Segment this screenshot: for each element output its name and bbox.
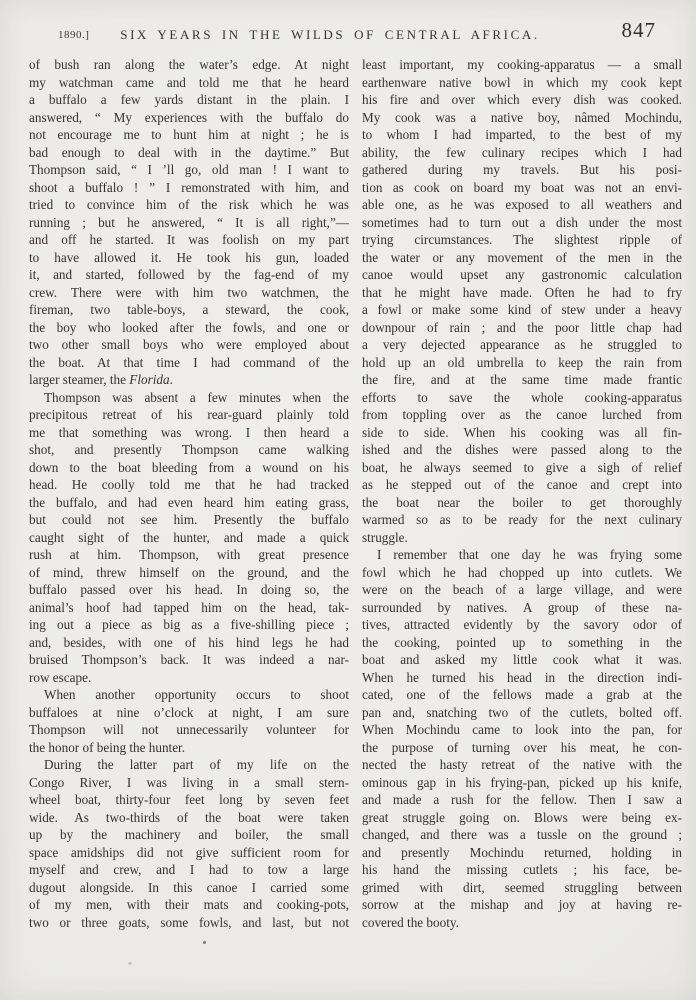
text-line: dugout alongside. In this canoe I carrie… — [29, 879, 349, 897]
text-line: changed, and there was a tussle on the g… — [362, 826, 682, 844]
text-line: sometimes had to turn out a dish under t… — [362, 214, 682, 232]
text-line: sorrow at the mishap and joy at having r… — [362, 896, 682, 914]
text-column-left: of bush ran along the water’s edge. At n… — [29, 56, 349, 931]
text-line: struggle. — [362, 529, 682, 547]
text-line: covered the booty. — [362, 914, 682, 932]
text-line: great struggle going on. Blows were bein… — [362, 809, 682, 827]
text-line: animal’s hoof had tapped him on the head… — [29, 599, 349, 617]
text-line: answered, “ My experiences with the buff… — [29, 109, 349, 127]
text-line: earthenware native bowl in which my cook… — [362, 74, 682, 92]
text-line: Thompson said, “ I ’ll go, old man ! I w… — [29, 161, 349, 179]
text-line: it, and started, followed by the fag-end… — [29, 266, 349, 284]
text-line: tion as cook on board my boat was not an… — [362, 179, 682, 197]
text-line: from toppling over as the canoe lurched … — [362, 406, 682, 424]
paragraph: During the latter part of my life on the… — [29, 756, 349, 931]
paragraph: Thompson was absent a few minutes when t… — [29, 389, 349, 687]
text-line: caught sight of the hunter, and made a q… — [29, 529, 349, 547]
text-line: of bush ran along the water’s edge. At n… — [29, 56, 349, 74]
text-line: gathered during my travels. But his posi… — [362, 161, 682, 179]
text-line: hold up an old umbrella to keep the rain… — [362, 354, 682, 372]
paragraph: of bush ran along the water’s edge. At n… — [29, 56, 349, 389]
ink-speck — [203, 941, 206, 944]
text-line: Thompson will not unnecessarily voluntee… — [29, 721, 349, 739]
text-line: shot, and presently Thompson came walkin… — [29, 441, 349, 459]
text-line: up by the machinery and boiler, the smal… — [29, 826, 349, 844]
text-line: shoot a buffalo ! ” I remonstrated with … — [29, 179, 349, 197]
scanned-book-page: 1890.] SIX YEARS IN THE WILDS OF CENTRAL… — [0, 0, 696, 1000]
text-line: canoe would upset any gastronomic calcul… — [362, 266, 682, 284]
text-line: ished and the dishes were passed along t… — [362, 441, 682, 459]
text-column-right: least important, my cooking-apparatus — … — [362, 56, 682, 931]
text-line: trying circumstances. The slightest ripp… — [362, 231, 682, 249]
text-line: side to side. When his cooking was all f… — [362, 424, 682, 442]
text-line: not encourage me to hunt him at night ; … — [29, 126, 349, 144]
text-line: the fire, and at the same time made fran… — [362, 371, 682, 389]
text-line: efforts to save the whole cooking-appara… — [362, 389, 682, 407]
text-line: wide. As two-thirds of the boat were tak… — [29, 809, 349, 827]
text-line: able one, as he was exposed to all weath… — [362, 196, 682, 214]
text-line: and presently Mochindu returned, holding… — [362, 844, 682, 862]
text-line: nected the hasty retreat of the native w… — [362, 756, 682, 774]
text-line: bruised Thompson’s back. It was indeed a… — [29, 651, 349, 669]
text-line: least important, my cooking-apparatus — … — [362, 56, 682, 74]
text-line: the boat near the boiler to get thorough… — [362, 494, 682, 512]
text-line: fireman, two table-boys, a steward, the … — [29, 301, 349, 319]
text-line: his hand the missing cutlets ; his face,… — [362, 861, 682, 879]
text-line: running ; but he answered, “ It is all r… — [29, 214, 349, 232]
text-line: his fire and over which every dish was c… — [362, 91, 682, 109]
text-line: When another opportunity occurs to shoot — [29, 686, 349, 704]
text-line: the honor of being the hunter. — [29, 739, 349, 757]
text-line: precipitous retreat of his rear-guard pl… — [29, 406, 349, 424]
text-body: of bush ran along the water’s edge. At n… — [29, 56, 682, 931]
text-line: two or three goats, some fowls, and last… — [29, 914, 349, 932]
text-line: wheel boat, thirty-four feet long by sev… — [29, 791, 349, 809]
text-line: bad enough to deal with in the daytime.”… — [29, 144, 349, 162]
text-line: pan and, snatching two of the cutlets, b… — [362, 704, 682, 722]
text-line: two other small boys who were employed a… — [29, 336, 349, 354]
page-number: 847 — [622, 18, 657, 43]
text-line: to have allowed it. He took his gun, loa… — [29, 249, 349, 267]
text-line: My cook was a native boy, nâmed Mochindu… — [362, 109, 682, 127]
text-line: the boat. At that time I had command of … — [29, 354, 349, 372]
text-line: the purpose of turning over his meat, he… — [362, 739, 682, 757]
text-line: space amidships did not give sufficient … — [29, 844, 349, 862]
text-line: as he stepped out of the canoe and crept… — [362, 476, 682, 494]
text-line: to whom I had imparted, to the best of m… — [362, 126, 682, 144]
text-line: were on the beach of a large village, an… — [362, 581, 682, 599]
text-line: buffaloes at nine o’clock at night, I am… — [29, 704, 349, 722]
running-head-title: SIX YEARS IN THE WILDS OF CENTRAL AFRICA… — [30, 27, 630, 43]
text-line: tried to convince him of the risk which … — [29, 196, 349, 214]
text-line: rush at him. Thompson, with great presen… — [29, 546, 349, 564]
paragraph: least important, my cooking-apparatus — … — [362, 56, 682, 546]
text-line: larger steamer, the Florida. — [29, 371, 349, 389]
text-line: When he turned his head in the direction… — [362, 669, 682, 687]
text-line: head. He coolly told me that he had trac… — [29, 476, 349, 494]
text-line: When Mochindu came to look into the pan,… — [362, 721, 682, 739]
text-line: surrounded by natives. A group of these … — [362, 599, 682, 617]
text-line: row escape. — [29, 669, 349, 687]
text-line: myself and crew, and I had to tow a larg… — [29, 861, 349, 879]
text-line: the cooking, pointed up to something in … — [362, 634, 682, 652]
text-line: boat, he always seemed to give a sigh of… — [362, 459, 682, 477]
text-line: of mind, threw himself on the ground, an… — [29, 564, 349, 582]
text-line: my watchman came and told me that he hea… — [29, 74, 349, 92]
text-line: warmed so as to be ready for the next cu… — [362, 511, 682, 529]
text-line: the buffalo, and had even heard him eati… — [29, 494, 349, 512]
text-line: boat and asked my little cook what it wa… — [362, 651, 682, 669]
text-line: me that something was wrong. I then hear… — [29, 424, 349, 442]
text-line: down to the boat bleeding from a wound o… — [29, 459, 349, 477]
ink-speck — [88, 396, 91, 399]
text-line: During the latter part of my life on the — [29, 756, 349, 774]
paragraph: I remember that one day he was frying so… — [362, 546, 682, 931]
text-line: a fowl or make some kind of stew under a… — [362, 301, 682, 319]
text-line: of my men, with their mats and cooking-p… — [29, 896, 349, 914]
text-line: ability, the few culinary recipes which … — [362, 144, 682, 162]
text-line: but could not see him. Presently the buf… — [29, 511, 349, 529]
text-line: Thompson was absent a few minutes when t… — [29, 389, 349, 407]
text-line: and, besides, with one of his hind legs … — [29, 634, 349, 652]
text-line: grimed with dirt, seemed struggling betw… — [362, 879, 682, 897]
text-line: downpour of rain ; and the poor little c… — [362, 319, 682, 337]
text-line: Congo River, I was living in a small ste… — [29, 774, 349, 792]
text-line: fowl which he had chopped up into cutlet… — [362, 564, 682, 582]
text-line: and made a rush for the fellow. Then I s… — [362, 791, 682, 809]
text-line: buffalo passed over his head. In doing s… — [29, 581, 349, 599]
text-line: that he might have made. Often he had to… — [362, 284, 682, 302]
text-line: ominous gap in his frying-pan, picked up… — [362, 774, 682, 792]
text-line: I remember that one day he was frying so… — [362, 546, 682, 564]
text-line: a very dejected appearance as he struggl… — [362, 336, 682, 354]
ink-speck — [128, 962, 132, 965]
text-line: and off he started. It was foolish on my… — [29, 231, 349, 249]
paragraph: When another opportunity occurs to shoot… — [29, 686, 349, 756]
text-line: crew. There were with him two watchmen, … — [29, 284, 349, 302]
text-line: tives, attracted evidently by the savory… — [362, 616, 682, 634]
text-line: a buffalo a few yards distant in the pla… — [29, 91, 349, 109]
text-line: the boy who looked after the fowls, and … — [29, 319, 349, 337]
text-line: ing out a piece as big as a five-shillin… — [29, 616, 349, 634]
text-line: the water or any movement of the men in … — [362, 249, 682, 267]
text-line: cated, one of the fellows made a grab at… — [362, 686, 682, 704]
